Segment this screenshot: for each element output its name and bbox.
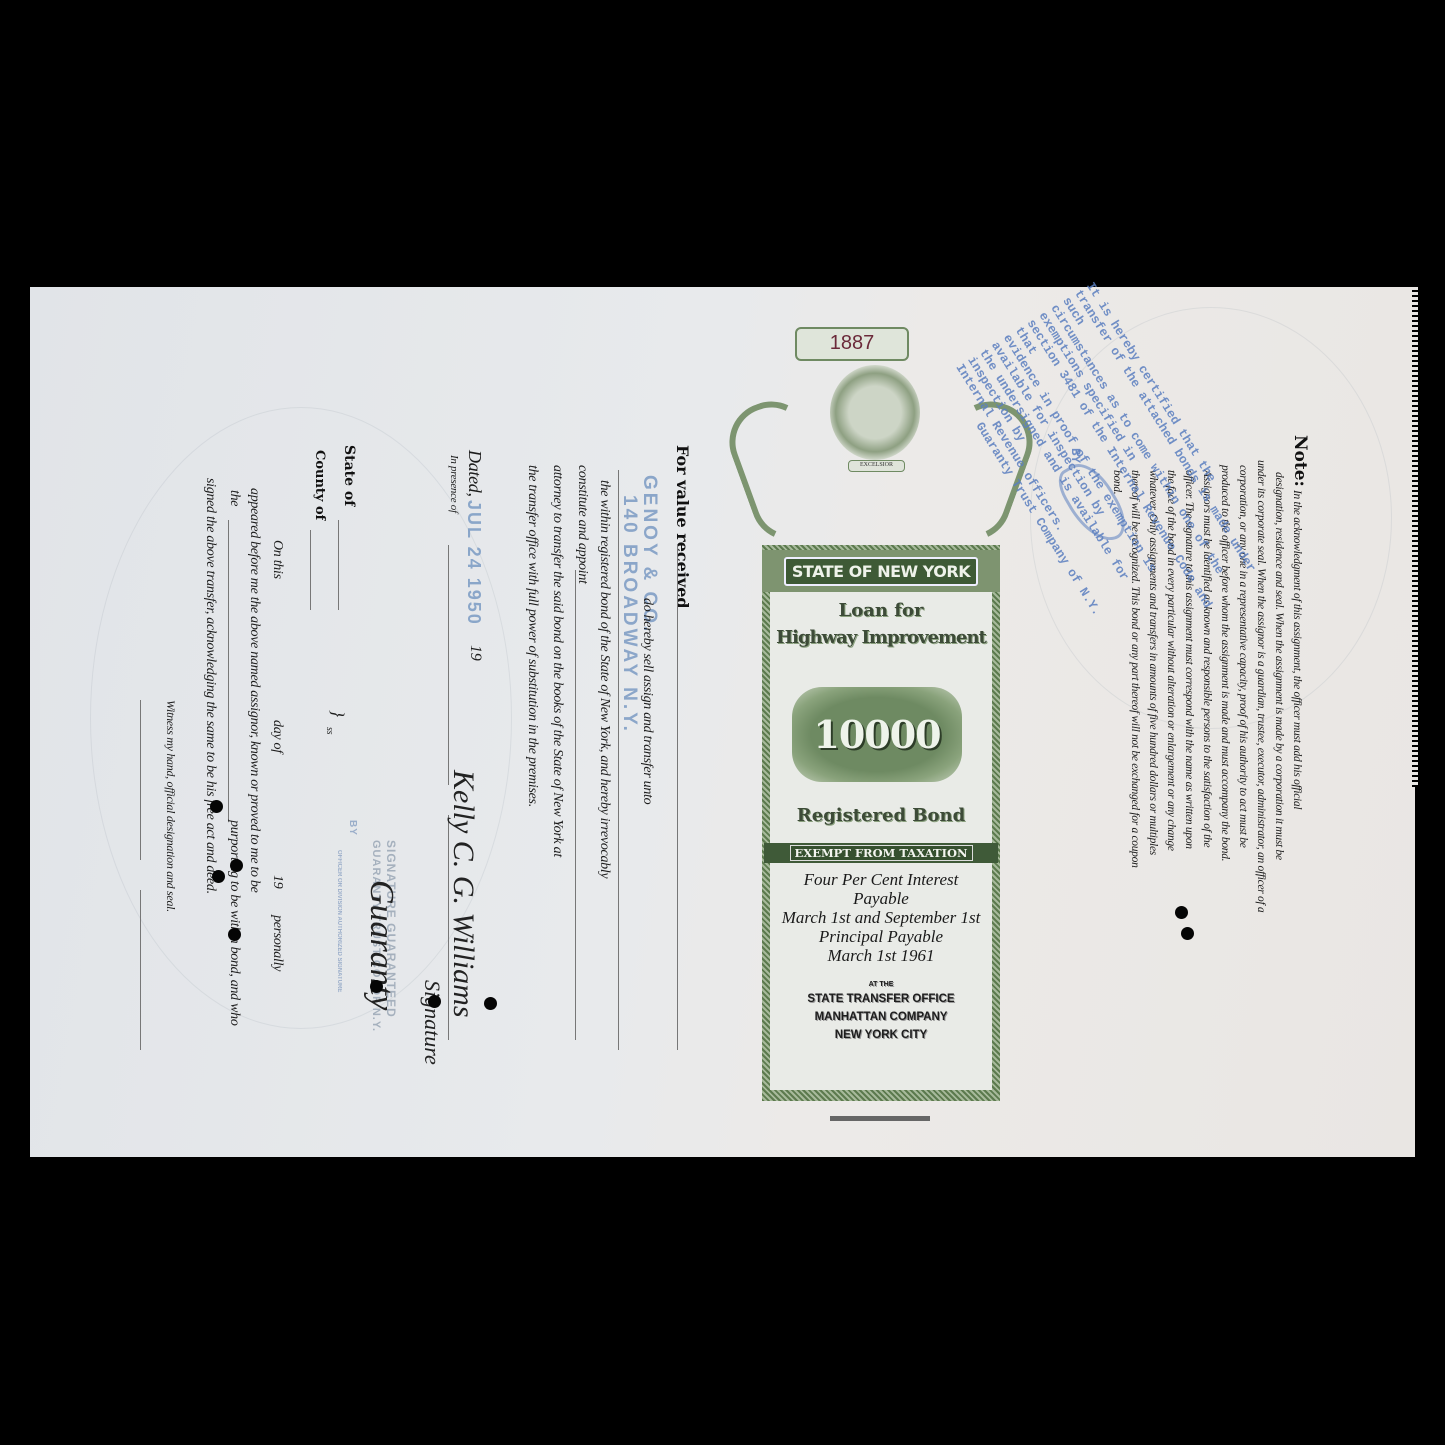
loan-title-line1: Loan for	[770, 600, 992, 621]
county-of-label: County of	[312, 450, 327, 520]
assignor-signature: Kelly C. G. Williams	[446, 770, 480, 1018]
assignment-text-line1: do hereby sell assign and transfer unto	[639, 598, 655, 804]
witness-line	[448, 545, 449, 785]
acknowledgment-line2: appeared before me the above named assig…	[246, 488, 262, 893]
dated-label: Dated,	[464, 450, 485, 497]
engraver-imprint	[830, 1116, 930, 1121]
office-line: NEW YORK CITY	[770, 1026, 992, 1044]
punch-hole	[228, 928, 241, 941]
on-this-label: On this	[269, 540, 285, 579]
in-presence-label: In presence of	[448, 455, 460, 513]
assignment-text-line2: the within registered bond of the State …	[596, 480, 612, 878]
state-line	[338, 520, 339, 610]
note-line: under its corporate seal. When the assig…	[1255, 460, 1267, 912]
office-line: MANHATTAN COMPANY	[770, 1008, 992, 1026]
punch-hole	[370, 980, 383, 993]
guarantee-stamp-authorized: OFFICER OR DIVISION AUTHORIZED SIGNATURE	[336, 850, 342, 992]
tax-exempt-text: EXEMPT FROM TAXATION	[790, 845, 973, 861]
witness-text: Witness my hand, official designation an…	[163, 700, 178, 912]
bond-face-panel: STATE OF NEW YORK Loan for Highway Impro…	[762, 395, 1000, 1095]
ss-brace: }	[327, 710, 348, 717]
note-heading: Note:	[1290, 435, 1310, 487]
assignment-heading: For value received	[673, 445, 692, 609]
punch-hole	[1181, 927, 1194, 940]
bond-type: Registered Bond	[770, 805, 992, 826]
signature-flourish: Signature	[419, 980, 445, 1065]
office-line: STATE TRANSFER OFFICE	[770, 990, 992, 1008]
terms-line: Four Per Cent Interest	[770, 870, 992, 889]
notary-line-2	[140, 890, 141, 1050]
terms-line: March 1st 1961	[770, 946, 992, 965]
county-line	[310, 530, 311, 610]
acknowledgment-line3-prefix: the	[226, 490, 242, 506]
attorney-line	[575, 570, 576, 1040]
punch-hole	[484, 997, 497, 1010]
name-line	[228, 520, 229, 820]
punch-hole	[1175, 906, 1188, 919]
interest-terms: Four Per Cent Interest Payable March 1st…	[770, 870, 992, 965]
personally-label: personally	[269, 915, 285, 971]
assignment-text-line5: the transfer office with full power of s…	[524, 465, 540, 807]
dated-year: 19	[466, 645, 484, 660]
payment-office: AT THE STATE TRANSFER OFFICE MANHATTAN C…	[770, 980, 992, 1044]
dated-stamp: JUL 24 1950	[463, 500, 484, 626]
state-of-label: State of	[341, 445, 357, 506]
day-of-label: day of	[269, 720, 285, 753]
assignment-text-line3: constitute and appoint	[574, 465, 590, 584]
note-line: In the acknowledgment of this assignment…	[1291, 490, 1303, 809]
punch-hole	[210, 800, 223, 813]
assignment-text-line4: attorney to transfer the said bond on th…	[549, 465, 565, 857]
terms-line: Principal Payable	[770, 927, 992, 946]
punch-hole	[212, 870, 225, 883]
issuer-banner: STATE OF NEW YORK	[762, 550, 1000, 592]
ss-label: ss	[324, 727, 335, 734]
tax-exempt-banner: EXEMPT FROM TAXATION	[764, 843, 998, 863]
loan-title-line2: Highway Improvement	[770, 627, 992, 648]
notary-line-1	[140, 700, 141, 860]
punch-hole	[428, 995, 441, 1008]
year-cartouche: 1887	[795, 327, 909, 361]
terms-line: March 1st and September 1st	[770, 908, 992, 927]
terms-line: Payable	[770, 889, 992, 908]
note-line: designation, residence and seal. When th…	[1273, 472, 1285, 860]
acknowledgment-line4: signed the above transfer, acknowledging…	[202, 478, 218, 894]
punch-hole	[230, 859, 243, 872]
at-the-label: AT THE	[770, 980, 992, 990]
assignee-line	[677, 545, 678, 1050]
acknowledgment-line3-suffix: purporting to be within bond, and who	[226, 820, 242, 1026]
year-label: 19	[269, 875, 285, 888]
stamp-by: BY	[1068, 448, 1082, 463]
address-stamp: 140 BROADWAY N.Y.	[618, 495, 640, 734]
issuer-title: STATE OF NEW YORK	[784, 557, 978, 586]
perforated-edge	[1412, 287, 1418, 787]
guarantee-stamp-by: BY	[347, 820, 358, 836]
denomination-value: 10000	[813, 712, 940, 757]
denomination-vignette: 10000	[792, 687, 962, 782]
